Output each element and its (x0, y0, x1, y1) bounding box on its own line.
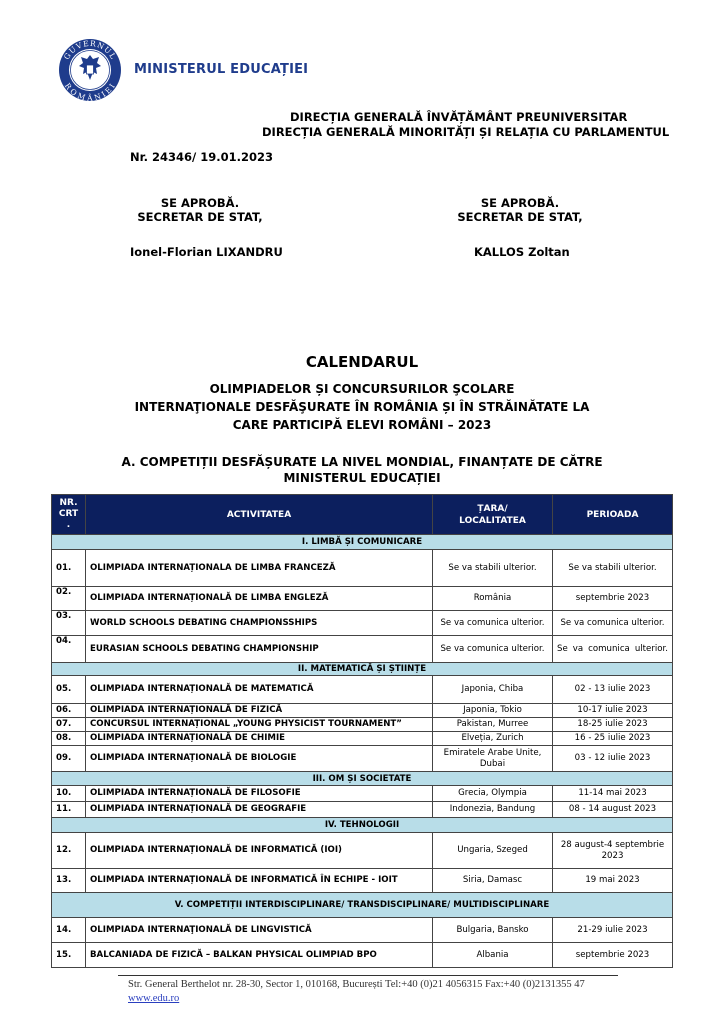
row-number: 12. (52, 833, 86, 869)
period-cell: Se va comunica ulterior. (553, 636, 673, 663)
country-cell: Se va comunica ulterior. (433, 636, 553, 663)
country-cell: România (433, 587, 553, 611)
country-cell: Pakistan, Murree (433, 718, 553, 732)
period-cell: 03 - 12 iulie 2023 (553, 746, 673, 772)
period-cell: 10-17 iulie 2023 (553, 704, 673, 718)
section-row: V. COMPETIȚII INTERDISCIPLINARE/ TRANSDI… (52, 893, 673, 918)
section-title: V. COMPETIȚII INTERDISCIPLINARE/ TRANSDI… (52, 893, 673, 918)
section-a-heading-cont: MINISTERUL EDUCAȚIEI (0, 471, 724, 485)
footer-divider (118, 975, 618, 976)
period-cell: 28 august-4 septembrie 2023 (553, 833, 673, 869)
country-cell: Grecia, Olympia (433, 786, 553, 802)
table-row: 01.OLIMPIADA INTERNAȚIONALA DE LIMBA FRA… (52, 550, 673, 587)
activity-cell: OLIMPIADA INTERNAȚIONALA DE LIMBA FRANCE… (86, 550, 433, 587)
period-cell: 21-29 iulie 2023 (553, 918, 673, 943)
table-row: 05.OLIMPIADA INTERNAȚIONALĂ DE MATEMATIC… (52, 676, 673, 704)
header-nr: NR.CRT. (52, 495, 86, 535)
country-cell: Bulgaria, Bansko (433, 918, 553, 943)
table-row: 14.OLIMPIADA INTERNAŢIONALĂ DE LINGVISTI… (52, 918, 673, 943)
table-row: 12.OLIMPIADA INTERNAȚIONALĂ DE INFORMATI… (52, 833, 673, 869)
subtitle-line-3: CARE PARTICIPĂ ELEVI ROMÂNI – 2023 (0, 418, 724, 432)
coat-of-arms-icon: GUVERNUL ROMÂNIEI (58, 38, 122, 102)
period-cell: 02 - 13 iulie 2023 (553, 676, 673, 704)
section-title: II. MATEMATICĂ ȘI ȘTIINȚE (52, 663, 673, 676)
approval-left-name: Ionel-Florian LIXANDRU (130, 245, 283, 259)
activity-cell: OLIMPIADA INTERNAŢIONALĂ DE LINGVISTICĂ (86, 918, 433, 943)
period-cell: 11-14 mai 2023 (553, 786, 673, 802)
activity-cell: OLIMPIADA INTERNAȚIONALĂ DE FIZICĂ (86, 704, 433, 718)
period-cell: Se va comunica ulterior. (553, 611, 673, 636)
row-number: 14. (52, 918, 86, 943)
approval-left-role: SECRETAR DE STAT, (135, 210, 265, 224)
section-row: IV. TEHNOLOGII (52, 818, 673, 833)
section-row: I. LIMBĂ ȘI COMUNICARE (52, 535, 673, 550)
activity-cell: OLIMPIADA INTERNAȚIONALĂ DE INFORMATICĂ … (86, 833, 433, 869)
row-number: 15. (52, 943, 86, 968)
period-cell: 08 - 14 august 2023 (553, 802, 673, 818)
activity-cell: WORLD SCHOOLS DEBATING CHAMPIONSSHIPS (86, 611, 433, 636)
subtitle-line-1: OLIMPIADELOR ȘI CONCURSURILOR ŞCOLARE (0, 382, 724, 396)
subtitle-line-2: INTERNAŢIONALE DESFĂŞURATE ÎN ROMÂNIA ȘI… (0, 400, 724, 414)
table-body: I. LIMBĂ ȘI COMUNICARE01.OLIMPIADA INTER… (52, 535, 673, 968)
approval-right-name: KALLOS Zoltan (474, 245, 570, 259)
period-cell: septembrie 2023 (553, 943, 673, 968)
section-title: IV. TEHNOLOGII (52, 818, 673, 833)
activity-cell: CONCURSUL INTERNAȚIONAL „YOUNG PHYSICIST… (86, 718, 433, 732)
directorate-line-1: DIRECȚIA GENERALĂ ÎNVĂȚĂMÂNT PREUNIVERSI… (290, 110, 627, 124)
header-country: ȚARA/LOCALITATEA (433, 495, 553, 535)
table-row: 03.WORLD SCHOOLS DEBATING CHAMPIONSSHIPS… (52, 611, 673, 636)
country-cell: Siria, Damasc (433, 869, 553, 893)
country-cell: Ungaria, Szeged (433, 833, 553, 869)
activity-cell: OLIMPIADA INTERNAȚIONALĂ DE CHIMIE (86, 732, 433, 746)
approval-right-role: SECRETAR DE STAT, (455, 210, 585, 224)
header-activity: ACTIVITATEA (86, 495, 433, 535)
table-row: 09.OLIMPIADA INTERNAȚIONALĂ DE BIOLOGIEE… (52, 746, 673, 772)
table-row: 07.CONCURSUL INTERNAȚIONAL „YOUNG PHYSIC… (52, 718, 673, 732)
table-header-row: NR.CRT. ACTIVITATEA ȚARA/LOCALITATEA PER… (52, 495, 673, 535)
directorate-line-2: DIRECȚIA GENERALĂ MINORITĂȚI ȘI RELAȚIA … (262, 125, 669, 139)
table-row: 08.OLIMPIADA INTERNAȚIONALĂ DE CHIMIEElv… (52, 732, 673, 746)
country-cell: Elveția, Zurich (433, 732, 553, 746)
table-row: 02.OLIMPIADA INTERNAȚIONALĂ DE LIMBA ENG… (52, 587, 673, 611)
activity-cell: OLIMPIADA INTERNAȚIONALĂ DE LIMBA ENGLEZ… (86, 587, 433, 611)
row-number: 09. (52, 746, 86, 772)
country-cell: Se va stabili ulterior. (433, 550, 553, 587)
footer-address: Str. General Berthelot nr. 28-30, Sector… (128, 979, 585, 990)
row-number: 13. (52, 869, 86, 893)
period-cell: septembrie 2023 (553, 587, 673, 611)
row-number: 11. (52, 802, 86, 818)
document-number: Nr. 24346/ 19.01.2023 (130, 150, 273, 164)
header-period: PERIOADA (553, 495, 673, 535)
country-cell: Indonezia, Bandung (433, 802, 553, 818)
section-row: II. MATEMATICĂ ȘI ȘTIINȚE (52, 663, 673, 676)
competitions-table: NR.CRT. ACTIVITATEA ȚARA/LOCALITATEA PER… (51, 494, 673, 968)
row-number: 10. (52, 786, 86, 802)
row-number: 04. (52, 636, 86, 663)
table-row: 10.OLIMPIADA INTERNAȚIONALĂ DE FILOSOFIE… (52, 786, 673, 802)
table-row: 13.OLIMPIADA INTERNAȚIONALĂ DE INFORMATI… (52, 869, 673, 893)
section-row: III. OM ȘI SOCIETATE (52, 772, 673, 786)
row-number: 03. (52, 611, 86, 636)
period-cell: 16 - 25 iulie 2023 (553, 732, 673, 746)
section-title: I. LIMBĂ ȘI COMUNICARE (52, 535, 673, 550)
country-cell: Japonia, Tokio (433, 704, 553, 718)
section-a-heading: A. COMPETIȚII DESFĂȘURATE LA NIVEL MONDI… (0, 455, 724, 469)
table-row: 06.OLIMPIADA INTERNAȚIONALĂ DE FIZICĂJap… (52, 704, 673, 718)
government-seal-logo: GUVERNUL ROMÂNIEI (58, 38, 122, 102)
document-title: CALENDARUL (0, 353, 724, 371)
table-row: 04.EURASIAN SCHOOLS DEBATING CHAMPIONSHI… (52, 636, 673, 663)
approval-left-label: SE APROBĂ. (135, 196, 265, 210)
activity-cell: OLIMPIADA INTERNAȚIONALĂ DE GEOGRAFIE (86, 802, 433, 818)
period-cell: 18-25 iulie 2023 (553, 718, 673, 732)
activity-cell: BALCANIADA DE FIZICĂ – BALKAN PHYSICAL O… (86, 943, 433, 968)
row-number: 02. (52, 587, 86, 611)
activity-cell: EURASIAN SCHOOLS DEBATING CHAMPIONSHIP (86, 636, 433, 663)
ministry-name: MINISTERUL EDUCAȚIEI (134, 62, 308, 77)
row-number: 05. (52, 676, 86, 704)
row-number: 06. (52, 704, 86, 718)
row-number: 08. (52, 732, 86, 746)
footer-website-link[interactable]: www.edu.ro (128, 993, 179, 1004)
activity-cell: OLIMPIADA INTERNAȚIONALĂ DE FILOSOFIE (86, 786, 433, 802)
country-cell: Emiratele Arabe Unite, Dubai (433, 746, 553, 772)
period-cell: Se va stabili ulterior. (553, 550, 673, 587)
row-number: 07. (52, 718, 86, 732)
approval-right-label: SE APROBĂ. (455, 196, 585, 210)
row-number: 01. (52, 550, 86, 587)
period-cell: 19 mai 2023 (553, 869, 673, 893)
table-row: 15.BALCANIADA DE FIZICĂ – BALKAN PHYSICA… (52, 943, 673, 968)
activity-cell: OLIMPIADA INTERNAȚIONALĂ DE BIOLOGIE (86, 746, 433, 772)
section-title: III. OM ȘI SOCIETATE (52, 772, 673, 786)
activity-cell: OLIMPIADA INTERNAȚIONALĂ DE MATEMATICĂ (86, 676, 433, 704)
country-cell: Albania (433, 943, 553, 968)
activity-cell: OLIMPIADA INTERNAȚIONALĂ DE INFORMATICĂ … (86, 869, 433, 893)
table-row: 11.OLIMPIADA INTERNAȚIONALĂ DE GEOGRAFIE… (52, 802, 673, 818)
country-cell: Japonia, Chiba (433, 676, 553, 704)
country-cell: Se va comunica ulterior. (433, 611, 553, 636)
